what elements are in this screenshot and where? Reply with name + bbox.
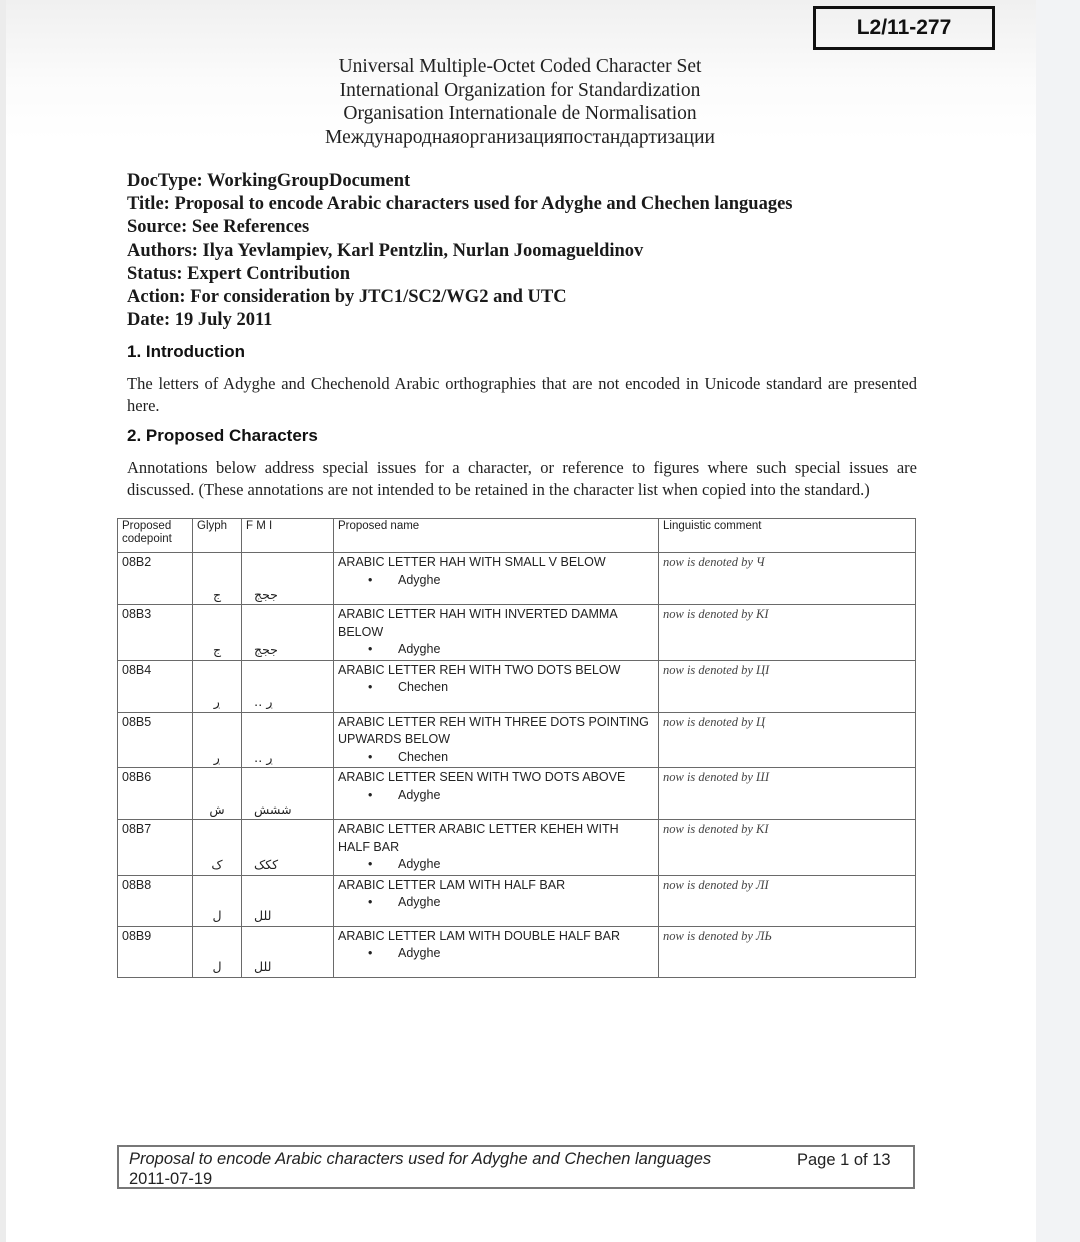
bullet-icon: •: [368, 894, 398, 912]
language: Adyghe: [398, 946, 440, 960]
document-metadata: DocType: WorkingGroupDocument Title: Pro…: [127, 170, 793, 332]
bullet-icon: •: [368, 787, 398, 805]
codepoint-cell: 08B5: [118, 712, 193, 768]
footer-date: 2011-07-19: [129, 1169, 903, 1189]
linguistic-comment: now is denoted by Ч: [659, 553, 916, 605]
page-footer: Proposal to encode Arabic characters use…: [117, 1145, 915, 1189]
character-name: ARABIC LETTER LAM WITH HALF BAR: [338, 877, 654, 895]
fmi-cell: ججج: [242, 605, 334, 661]
name-cell: ARABIC LETTER ARABIC LETTER KEHEH WITH H…: [334, 820, 659, 876]
fmi-forms: للل: [254, 959, 271, 974]
bullet-icon: •: [368, 641, 398, 659]
table-row: 08B6ششششARABIC LETTER SEEN WITH TWO DOTS…: [118, 768, 916, 820]
language-bullet: •Chechen: [338, 749, 654, 767]
doc-title: Title: Proposal to encode Arabic charact…: [127, 193, 793, 216]
language: Chechen: [398, 680, 448, 694]
doc-status: Status: Expert Contribution: [127, 263, 793, 286]
language: Chechen: [398, 750, 448, 764]
glyph-cell: ک: [193, 820, 242, 876]
glyph-char: ڔ: [214, 750, 221, 765]
linguistic-comment: now is denoted by ЛI: [659, 875, 916, 926]
name-cell: ARABIC LETTER REH WITH TWO DOTS BELOW•Ch…: [334, 660, 659, 712]
language-bullet: •Adyghe: [338, 856, 654, 874]
fmi-forms: ککک: [254, 857, 278, 872]
glyph-cell: ڔ: [193, 660, 242, 712]
fmi-cell: ججج: [242, 553, 334, 605]
glyph-char: ج: [213, 642, 221, 657]
footer-title: Proposal to encode Arabic characters use…: [129, 1149, 903, 1169]
linguistic-comment: now is denoted by Ш: [659, 768, 916, 820]
org-line: Международнаяорганизацияпостандартизации: [300, 126, 740, 150]
org-line: Universal Multiple-Octet Coded Character…: [300, 55, 740, 79]
language-bullet: •Adyghe: [338, 945, 654, 963]
fmi-forms: ججج: [254, 587, 278, 602]
header-comment: Linguistic comment: [659, 519, 916, 553]
doctype: DocType: WorkingGroupDocument: [127, 170, 793, 193]
document-number-box: L2/11-277: [813, 6, 995, 50]
codepoint-cell: 08B8: [118, 875, 193, 926]
proposed-paragraph: Annotations below address special issues…: [127, 457, 917, 500]
table-row: 08B4ڔڔ ‥ARABIC LETTER REH WITH TWO DOTS …: [118, 660, 916, 712]
character-name: ARABIC LETTER LAM WITH DOUBLE HALF BAR: [338, 928, 654, 946]
bullet-icon: •: [368, 856, 398, 874]
character-name: ARABIC LETTER SEEN WITH TWO DOTS ABOVE: [338, 769, 654, 787]
language-bullet: •Chechen: [338, 679, 654, 697]
language: Adyghe: [398, 895, 440, 909]
codepoint-cell: 08B2: [118, 553, 193, 605]
name-cell: ARABIC LETTER REH WITH THREE DOTS POINTI…: [334, 712, 659, 768]
glyph-char: ل: [212, 908, 221, 923]
language-bullet: •Adyghe: [338, 641, 654, 659]
glyph-char: ک: [211, 857, 222, 872]
glyph-cell: ج: [193, 605, 242, 661]
table-header-row: Proposed codepoint Glyph F M I Proposed …: [118, 519, 916, 553]
fmi-cell: ڔ ‥: [242, 660, 334, 712]
glyph-cell: ڔ: [193, 712, 242, 768]
doc-source: Source: See References: [127, 216, 793, 239]
table-row: 08B7ککککARABIC LETTER ARABIC LETTER KEHE…: [118, 820, 916, 876]
doc-authors: Authors: Ilya Yevlampiev, Karl Pentzlin,…: [127, 240, 793, 263]
fmi-forms: ڔ ‥: [254, 750, 273, 765]
heading-introduction: 1. Introduction: [127, 342, 245, 362]
organization-header: Universal Multiple-Octet Coded Character…: [300, 55, 740, 149]
fmi-forms: ششش: [254, 802, 292, 817]
language: Adyghe: [398, 642, 440, 656]
codepoint-cell: 08B7: [118, 820, 193, 876]
table-row: 08B3ججججARABIC LETTER HAH WITH INVERTED …: [118, 605, 916, 661]
proposed-characters-table: Proposed codepoint Glyph F M I Proposed …: [117, 518, 916, 978]
table-row: 08B8للللARABIC LETTER LAM WITH HALF BAR•…: [118, 875, 916, 926]
linguistic-comment: now is denoted by КI: [659, 820, 916, 876]
character-name: ARABIC LETTER REH WITH THREE DOTS POINTI…: [338, 714, 654, 749]
header-name: Proposed name: [334, 519, 659, 553]
name-cell: ARABIC LETTER LAM WITH HALF BAR•Adyghe: [334, 875, 659, 926]
bullet-icon: •: [368, 679, 398, 697]
linguistic-comment: now is denoted by ЛЬ: [659, 926, 916, 977]
linguistic-comment: now is denoted by Ц: [659, 712, 916, 768]
codepoint-cell: 08B9: [118, 926, 193, 977]
heading-proposed-characters: 2. Proposed Characters: [127, 426, 318, 446]
glyph-char: ڔ: [214, 694, 221, 709]
doc-date: Date: 19 July 2011: [127, 309, 793, 332]
intro-paragraph: The letters of Adyghe and Chechenold Ara…: [127, 373, 917, 416]
glyph-char: ج: [213, 587, 221, 602]
name-cell: ARABIC LETTER HAH WITH SMALL V BELOW•Ady…: [334, 553, 659, 605]
language: Adyghe: [398, 857, 440, 871]
bullet-icon: •: [368, 945, 398, 963]
character-name: ARABIC LETTER REH WITH TWO DOTS BELOW: [338, 662, 654, 680]
character-name: ARABIC LETTER HAH WITH SMALL V BELOW: [338, 554, 654, 572]
table-row: 08B5ڔڔ ‥ARABIC LETTER REH WITH THREE DOT…: [118, 712, 916, 768]
table-row: 08B2ججججARABIC LETTER HAH WITH SMALL V B…: [118, 553, 916, 605]
name-cell: ARABIC LETTER SEEN WITH TWO DOTS ABOVE•A…: [334, 768, 659, 820]
fmi-cell: ککک: [242, 820, 334, 876]
glyph-cell: ش: [193, 768, 242, 820]
fmi-cell: ڔ ‥: [242, 712, 334, 768]
glyph-char: ش: [209, 802, 224, 817]
codepoint-cell: 08B6: [118, 768, 193, 820]
codepoint-cell: 08B4: [118, 660, 193, 712]
glyph-char: ل: [212, 959, 221, 974]
header-codepoint: Proposed codepoint: [118, 519, 193, 553]
name-cell: ARABIC LETTER HAH WITH INVERTED DAMMA BE…: [334, 605, 659, 661]
glyph-cell: ج: [193, 553, 242, 605]
header-fmi: F M I: [242, 519, 334, 553]
fmi-cell: ششش: [242, 768, 334, 820]
codepoint-cell: 08B3: [118, 605, 193, 661]
fmi-forms: ڔ ‥: [254, 694, 273, 709]
language-bullet: •Adyghe: [338, 572, 654, 590]
fmi-forms: ججج: [254, 642, 278, 657]
language: Adyghe: [398, 788, 440, 802]
language: Adyghe: [398, 573, 440, 587]
viewer-right-margin: [1036, 0, 1080, 1242]
linguistic-comment: now is denoted by ЦI: [659, 660, 916, 712]
bullet-icon: •: [368, 749, 398, 767]
language-bullet: •Adyghe: [338, 894, 654, 912]
name-cell: ARABIC LETTER LAM WITH DOUBLE HALF BAR•A…: [334, 926, 659, 977]
fmi-forms: للل: [254, 908, 271, 923]
glyph-cell: ل: [193, 875, 242, 926]
table-row: 08B9للللARABIC LETTER LAM WITH DOUBLE HA…: [118, 926, 916, 977]
page-number: Page 1 of 13: [797, 1150, 891, 1170]
character-name: ARABIC LETTER ARABIC LETTER KEHEH WITH H…: [338, 821, 654, 856]
org-line: International Organization for Standardi…: [300, 79, 740, 103]
header-glyph: Glyph: [193, 519, 242, 553]
bullet-icon: •: [368, 572, 398, 590]
fmi-cell: للل: [242, 926, 334, 977]
character-name: ARABIC LETTER HAH WITH INVERTED DAMMA BE…: [338, 606, 654, 641]
org-line: Organisation Internationale de Normalisa…: [300, 102, 740, 126]
viewer-left-edge: [0, 0, 6, 1242]
glyph-cell: ل: [193, 926, 242, 977]
doc-action: Action: For consideration by JTC1/SC2/WG…: [127, 286, 793, 309]
fmi-cell: للل: [242, 875, 334, 926]
linguistic-comment: now is denoted by КI: [659, 605, 916, 661]
language-bullet: •Adyghe: [338, 787, 654, 805]
